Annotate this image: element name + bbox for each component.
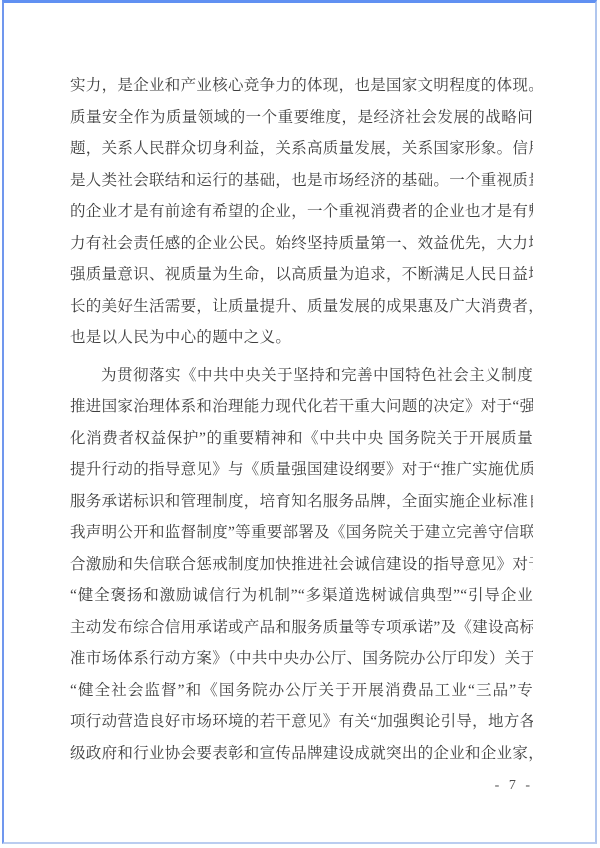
paragraphs-container: 实力，是企业和产业核心竞争力的体现，也是国家文明程度的体现。质量安全作为质量领域…: [70, 70, 533, 769]
text-line: 项行动营造良好市场环境的若干意见》有关“加强舆论引导，地方各: [70, 706, 533, 738]
text-line: 化消费者权益保护”的重要精神和《中共中央 国务院关于开展质量: [70, 423, 533, 455]
paragraph: 实力，是企业和产业核心竞争力的体现，也是国家文明程度的体现。质量安全作为质量领域…: [70, 70, 533, 354]
text-line: 我声明公开和监督制度”等重要部署及《国务院关于建立完善守信联: [70, 517, 533, 549]
text-line: 题，关系人民群众切身利益，关系高质量发展，关系国家形象。信用: [70, 133, 533, 165]
text-line: 合激励和失信联合惩戒制度加快推进社会诚信建设的指导意见》对于: [70, 549, 533, 581]
text-line: 为贯彻落实《中共中央关于坚持和完善中国特色社会主义制度: [70, 360, 533, 392]
text-line: “健全社会监督”和《国务院办公厅关于开展消费品工业“三品”专: [70, 675, 533, 707]
text-line: 也是以人民为中心的题中之义。: [70, 322, 533, 354]
text-line: 提升行动的指导意见》与《质量强国建设纲要》对于“推广实施优质: [70, 454, 533, 486]
text-line: 服务承诺标识和管理制度，培育知名服务品牌，全面实施企业标准自: [70, 486, 533, 518]
text-line: 长的美好生活需要，让质量提升、质量发展的成果惠及广大消费者，: [70, 291, 533, 323]
text-line: 主动发布综合信用承诺或产品和服务质量等专项承诺”及《建设高标: [70, 612, 533, 644]
text-line: 强质量意识、视质量为生命，以高质量为追求，不断满足人民日益增: [70, 259, 533, 291]
text-line: 的企业才是有前途有希望的企业，一个重视消费者的企业也才是有魅: [70, 196, 533, 228]
text-line: 质量安全作为质量领域的一个重要维度，是经济社会发展的战略问: [70, 102, 533, 134]
text-line: “健全褒扬和激励诚信行为机制”“多渠道选树诚信典型”“引导企业: [70, 580, 533, 612]
text-line: 推进国家治理体系和治理能力现代化若干重大问题的决定》对于“强: [70, 391, 533, 423]
document-page: 实力，是企业和产业核心竞争力的体现，也是国家文明程度的体现。质量安全作为质量领域…: [0, 0, 600, 848]
text-line: 级政府和行业协会要表彰和宣传品牌建设成就突出的企业和企业家，: [70, 738, 533, 770]
text-line: 准市场体系行动方案》（中共中央办公厅、国务院办公厅印发）关于: [70, 643, 533, 675]
paragraph: 为贯彻落实《中共中央关于坚持和完善中国特色社会主义制度推进国家治理体系和治理能力…: [70, 360, 533, 770]
document-body: 实力，是企业和产业核心竞争力的体现，也是国家文明程度的体现。质量安全作为质量领域…: [70, 70, 533, 798]
text-line: 是人类社会联结和运行的基础，也是市场经济的基础。一个重视质量: [70, 165, 533, 197]
page-number: - 7 -: [70, 774, 533, 798]
text-line: 力有社会责任感的企业公民。始终坚持质量第一、效益优先，大力增: [70, 228, 533, 260]
text-line: 实力，是企业和产业核心竞争力的体现，也是国家文明程度的体现。: [70, 70, 533, 102]
